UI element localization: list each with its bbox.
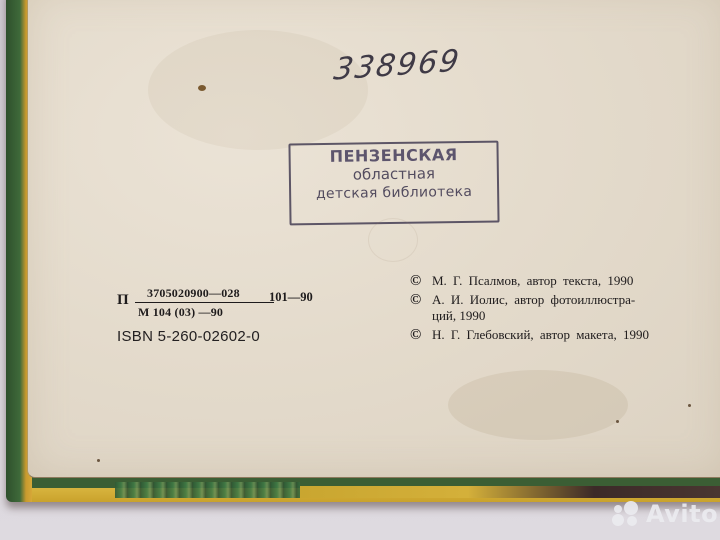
- library-stamp: ПЕНЗЕНСКАЯ областная детская библиотека: [288, 141, 499, 226]
- faded-publisher-logo-icon: [368, 218, 418, 262]
- imprint-numerator: 3705020900—028: [135, 286, 274, 303]
- stamp-line-3: детская библиотека: [291, 184, 497, 203]
- copyright-text: М. Г. Псалмов, автор текста, 1990: [426, 271, 633, 290]
- stamp-line-2: областная: [291, 164, 497, 185]
- page-speck: [616, 420, 619, 423]
- copyright-icon: ©: [410, 272, 426, 291]
- cover-pattern-strip: [115, 482, 300, 498]
- copyright-continuation: ций, 1990: [410, 306, 649, 325]
- page-speck: [97, 459, 100, 462]
- page-speck: [688, 404, 691, 407]
- copyright-text: Н. Г. Глебовский, автор макета, 1990: [426, 325, 649, 344]
- avito-watermark: Avito: [612, 500, 718, 528]
- imprint-denominator: М 104 (03) —90: [135, 303, 274, 320]
- imprint-prefix: П: [117, 292, 129, 309]
- copyright-icon: ©: [410, 326, 426, 345]
- avito-label: Avito: [646, 500, 718, 528]
- page-speck: [198, 85, 206, 91]
- page-stain: [148, 30, 368, 150]
- copyright-line: ©Н. Г. Глебовский, автор макета, 1990: [410, 325, 649, 344]
- cover-bottom-edge: [300, 486, 720, 498]
- page-stain: [448, 370, 628, 440]
- imprint-code: 101—90: [269, 290, 313, 305]
- photo-scene: 338969 ПЕНЗЕНСКАЯ областная детская библ…: [0, 0, 720, 540]
- avito-dots-icon: [612, 501, 642, 527]
- imprint-fraction: 3705020900—028 М 104 (03) —90: [135, 286, 274, 320]
- isbn: ISBN 5-260-02602-0: [117, 328, 260, 345]
- copyright-line: ©М. Г. Псалмов, автор текста, 1990: [410, 271, 649, 290]
- copyright-list: ©М. Г. Псалмов, автор текста, 1990 ©А. И…: [410, 271, 649, 344]
